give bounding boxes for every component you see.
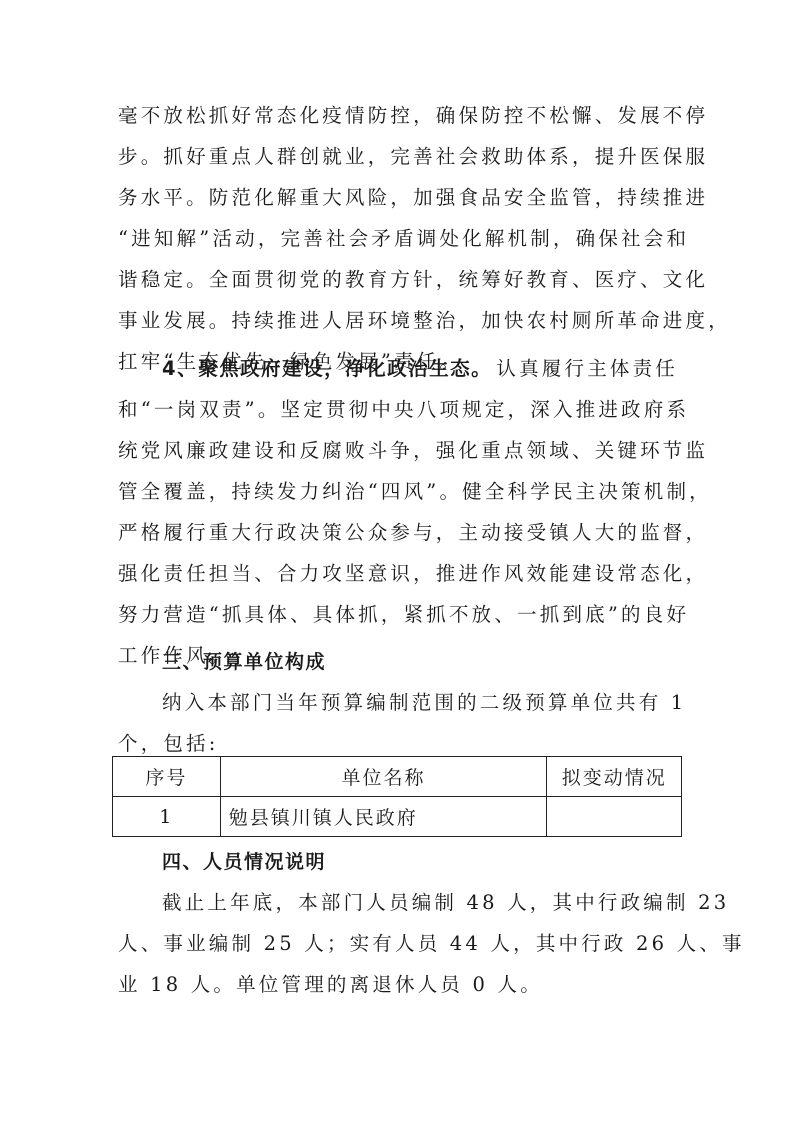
paragraph-line: 事业发展。持续推进人居环境整治，加快农村厕所革命进度， [118,307,678,335]
item-4-lead-rest: 认真履行主体责任 [496,355,678,383]
paragraph-line: 统党风廉政建设和反腐败斗争，强化重点领域、关键环节监 [118,437,678,465]
paragraph-line: 和“一岗双责”。坚定贯彻中央八项规定，深入推进政府系 [118,396,678,424]
paragraph-line: “进知解”活动，完善社会矛盾调处化解机制，确保社会和 [118,225,678,253]
cell-index: 1 [113,797,221,837]
paragraph-line: 步。抓好重点人群创就业，完善社会救助体系，提升医保服 [118,143,678,171]
section-heading-staff: 四、人员情况说明 [162,848,326,876]
paragraph-line: 毫不放松抓好常态化疫情防控，确保防控不松懈、发展不停 [118,102,678,130]
cell-unit-name: 勉县镇川镇人民政府 [220,797,547,837]
cell-change [547,797,682,837]
header-change: 拟变动情况 [547,757,682,797]
header-index: 序号 [113,757,221,797]
item-4-lead-line: 4、聚焦政府建设，净化政治生态。 认真履行主体责任 [162,355,678,383]
table-row: 1 勉县镇川镇人民政府 [113,797,682,837]
paragraph-line: 个，包括: [118,730,678,758]
paragraph-line: 努力营造“抓具体、具体抓，紧抓不放、一抓到底”的良好 [118,601,678,629]
paragraph-line: 谐稳定。全面贯彻党的教育方针，统筹好教育、医疗、文化 [118,266,678,294]
paragraph-line: 严格履行重大行政决策公众参与，主动接受镇人大的监督， [118,519,678,547]
paragraph-line: 强化责任担当、合力攻坚意识，推进作风效能建设常态化， [118,560,678,588]
item-4-bold-title: 4、聚焦政府建设，净化政治生态。 [162,355,492,383]
table-header-row: 序号 单位名称 拟变动情况 [113,757,682,797]
paragraph-line: 截止上年底，本部门人员编制 48 人，其中行政编制 23 [162,889,678,917]
paragraph-line: 业 18 人。单位管理的离退休人员 0 人。 [118,971,678,999]
paragraph-line: 务水平。防范化解重大风险，加强食品安全监管，持续推进 [118,184,678,212]
budget-units-table: 序号 单位名称 拟变动情况 1 勉县镇川镇人民政府 [112,756,682,837]
paragraph-line: 人、事业编制 25 人；实有人员 44 人，其中行政 26 人、事 [118,930,678,958]
paragraph-line: 纳入本部门当年预算编制范围的二级预算单位共有 1 [162,689,678,717]
paragraph-line: 管全覆盖，持续发力纠治“四风”。健全科学民主决策机制， [118,478,678,506]
header-unit-name: 单位名称 [220,757,547,797]
section-heading-budget-units: 三、预算单位构成 [162,648,326,676]
